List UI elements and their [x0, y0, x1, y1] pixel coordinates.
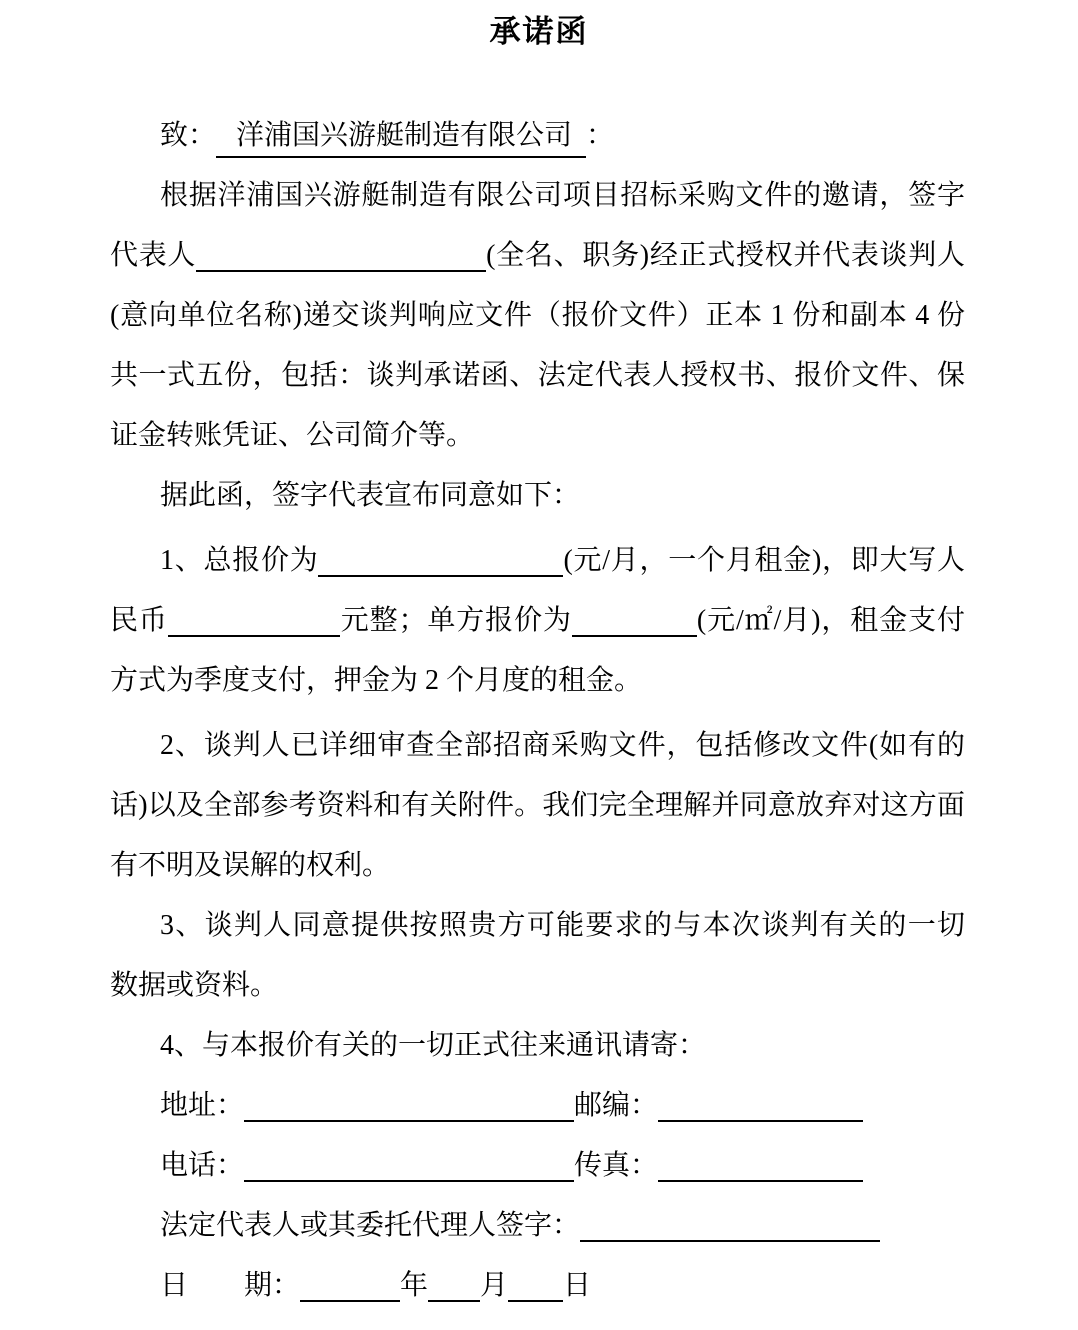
item1-line-1-text: (元/月，一个月租金)，即大写人 [563, 545, 965, 576]
total-price-blank [318, 549, 563, 577]
rmb-amount-blank [168, 609, 340, 637]
year-blank [300, 1274, 400, 1302]
unit-price-blank [572, 609, 697, 637]
postcode-label: 邮编： [574, 1090, 658, 1121]
intro-line-2-text: (全名、职务)经正式授权并代表谈判人 [486, 240, 965, 271]
salutation-line: 致：洋浦国兴游艇制造有限公司： [110, 106, 965, 166]
intro-line-4: 共一式五份，包括：谈判承诺函、法定代表人授权书、报价文件、保 [110, 346, 965, 406]
day-blank [508, 1274, 563, 1302]
unit-price-label: 元整；单方报价为 [340, 605, 572, 636]
address-line: 地址：邮编： [110, 1076, 965, 1136]
address-label: 地址： [160, 1090, 244, 1121]
address-blank [244, 1094, 574, 1122]
signature-blank [580, 1214, 880, 1242]
item1-line-2: 民币元整；单方报价为(元/㎡/月)，租金支付 [110, 591, 965, 651]
item3-line-1: 3、谈判人同意提供按照贵方可能要求的与本次谈判有关的一切 [110, 896, 965, 956]
declaration-line: 据此函，签字代表宣布同意如下： [110, 466, 965, 526]
representative-label: 代表人 [110, 240, 196, 271]
total-price-label: 1、总报价为 [160, 545, 318, 576]
phone-label: 电话： [160, 1150, 244, 1181]
day-label: 日 [563, 1270, 591, 1301]
item1-line-2-text: (元/㎡/月)，租金支付 [697, 605, 965, 636]
intro-line-2: 代表人(全名、职务)经正式授权并代表谈判人 [110, 226, 965, 286]
intro-line-3: (意向单位名称)递交谈判响应文件（报价文件）正本 1 份和副本 4 份 [110, 286, 965, 346]
phone-blank [244, 1154, 574, 1182]
signature-label: 法定代表人或其委托代理人签字： [160, 1210, 580, 1241]
phone-line: 电话：传真： [110, 1136, 965, 1196]
date-line: 日 期：年月日 [110, 1256, 965, 1316]
salutation-suffix: ： [586, 120, 614, 151]
recipient-company-name: 洋浦国兴游艇制造有限公司 [216, 118, 586, 158]
year-label: 年 [400, 1270, 428, 1301]
intro-line-1: 根据洋浦国兴游艇制造有限公司项目招标采购文件的邀请，签字 [110, 166, 965, 226]
document-body: 致：洋浦国兴游艇制造有限公司： 根据洋浦国兴游艇制造有限公司项目招标采购文件的邀… [110, 106, 965, 1316]
item1-line-3: 方式为季度支付，押金为 2 个月度的租金。 [110, 651, 965, 711]
postcode-blank [658, 1094, 863, 1122]
item2-line-3: 有不明及误解的权利。 [110, 836, 965, 896]
signature-line: 法定代表人或其委托代理人签字： [110, 1196, 965, 1256]
item3-line-2: 数据或资料。 [110, 956, 965, 1016]
representative-name-blank [196, 244, 486, 272]
salutation-prefix: 致： [160, 120, 216, 151]
fax-blank [658, 1154, 863, 1182]
month-label: 月 [480, 1270, 508, 1301]
item2-line-2: 话)以及全部参考资料和有关附件。我们完全理解并同意放弃对这方面 [110, 776, 965, 836]
date-label: 日 期： [160, 1270, 300, 1301]
month-blank [428, 1274, 480, 1302]
item2-line-1: 2、谈判人已详细审查全部招商采购文件，包括修改文件(如有的 [110, 716, 965, 776]
fax-label: 传真： [574, 1150, 658, 1181]
document-page: 承诺函 致：洋浦国兴游艇制造有限公司： 根据洋浦国兴游艇制造有限公司项目招标采购… [0, 0, 1078, 1330]
document-title: 承诺函 [0, 0, 1078, 50]
item4-line: 4、与本报价有关的一切正式往来通讯请寄： [110, 1016, 965, 1076]
intro-line-5: 证金转账凭证、公司简介等。 [110, 406, 965, 466]
rmb-label: 民币 [110, 605, 168, 636]
item1-line-1: 1、总报价为(元/月，一个月租金)，即大写人 [110, 531, 965, 591]
